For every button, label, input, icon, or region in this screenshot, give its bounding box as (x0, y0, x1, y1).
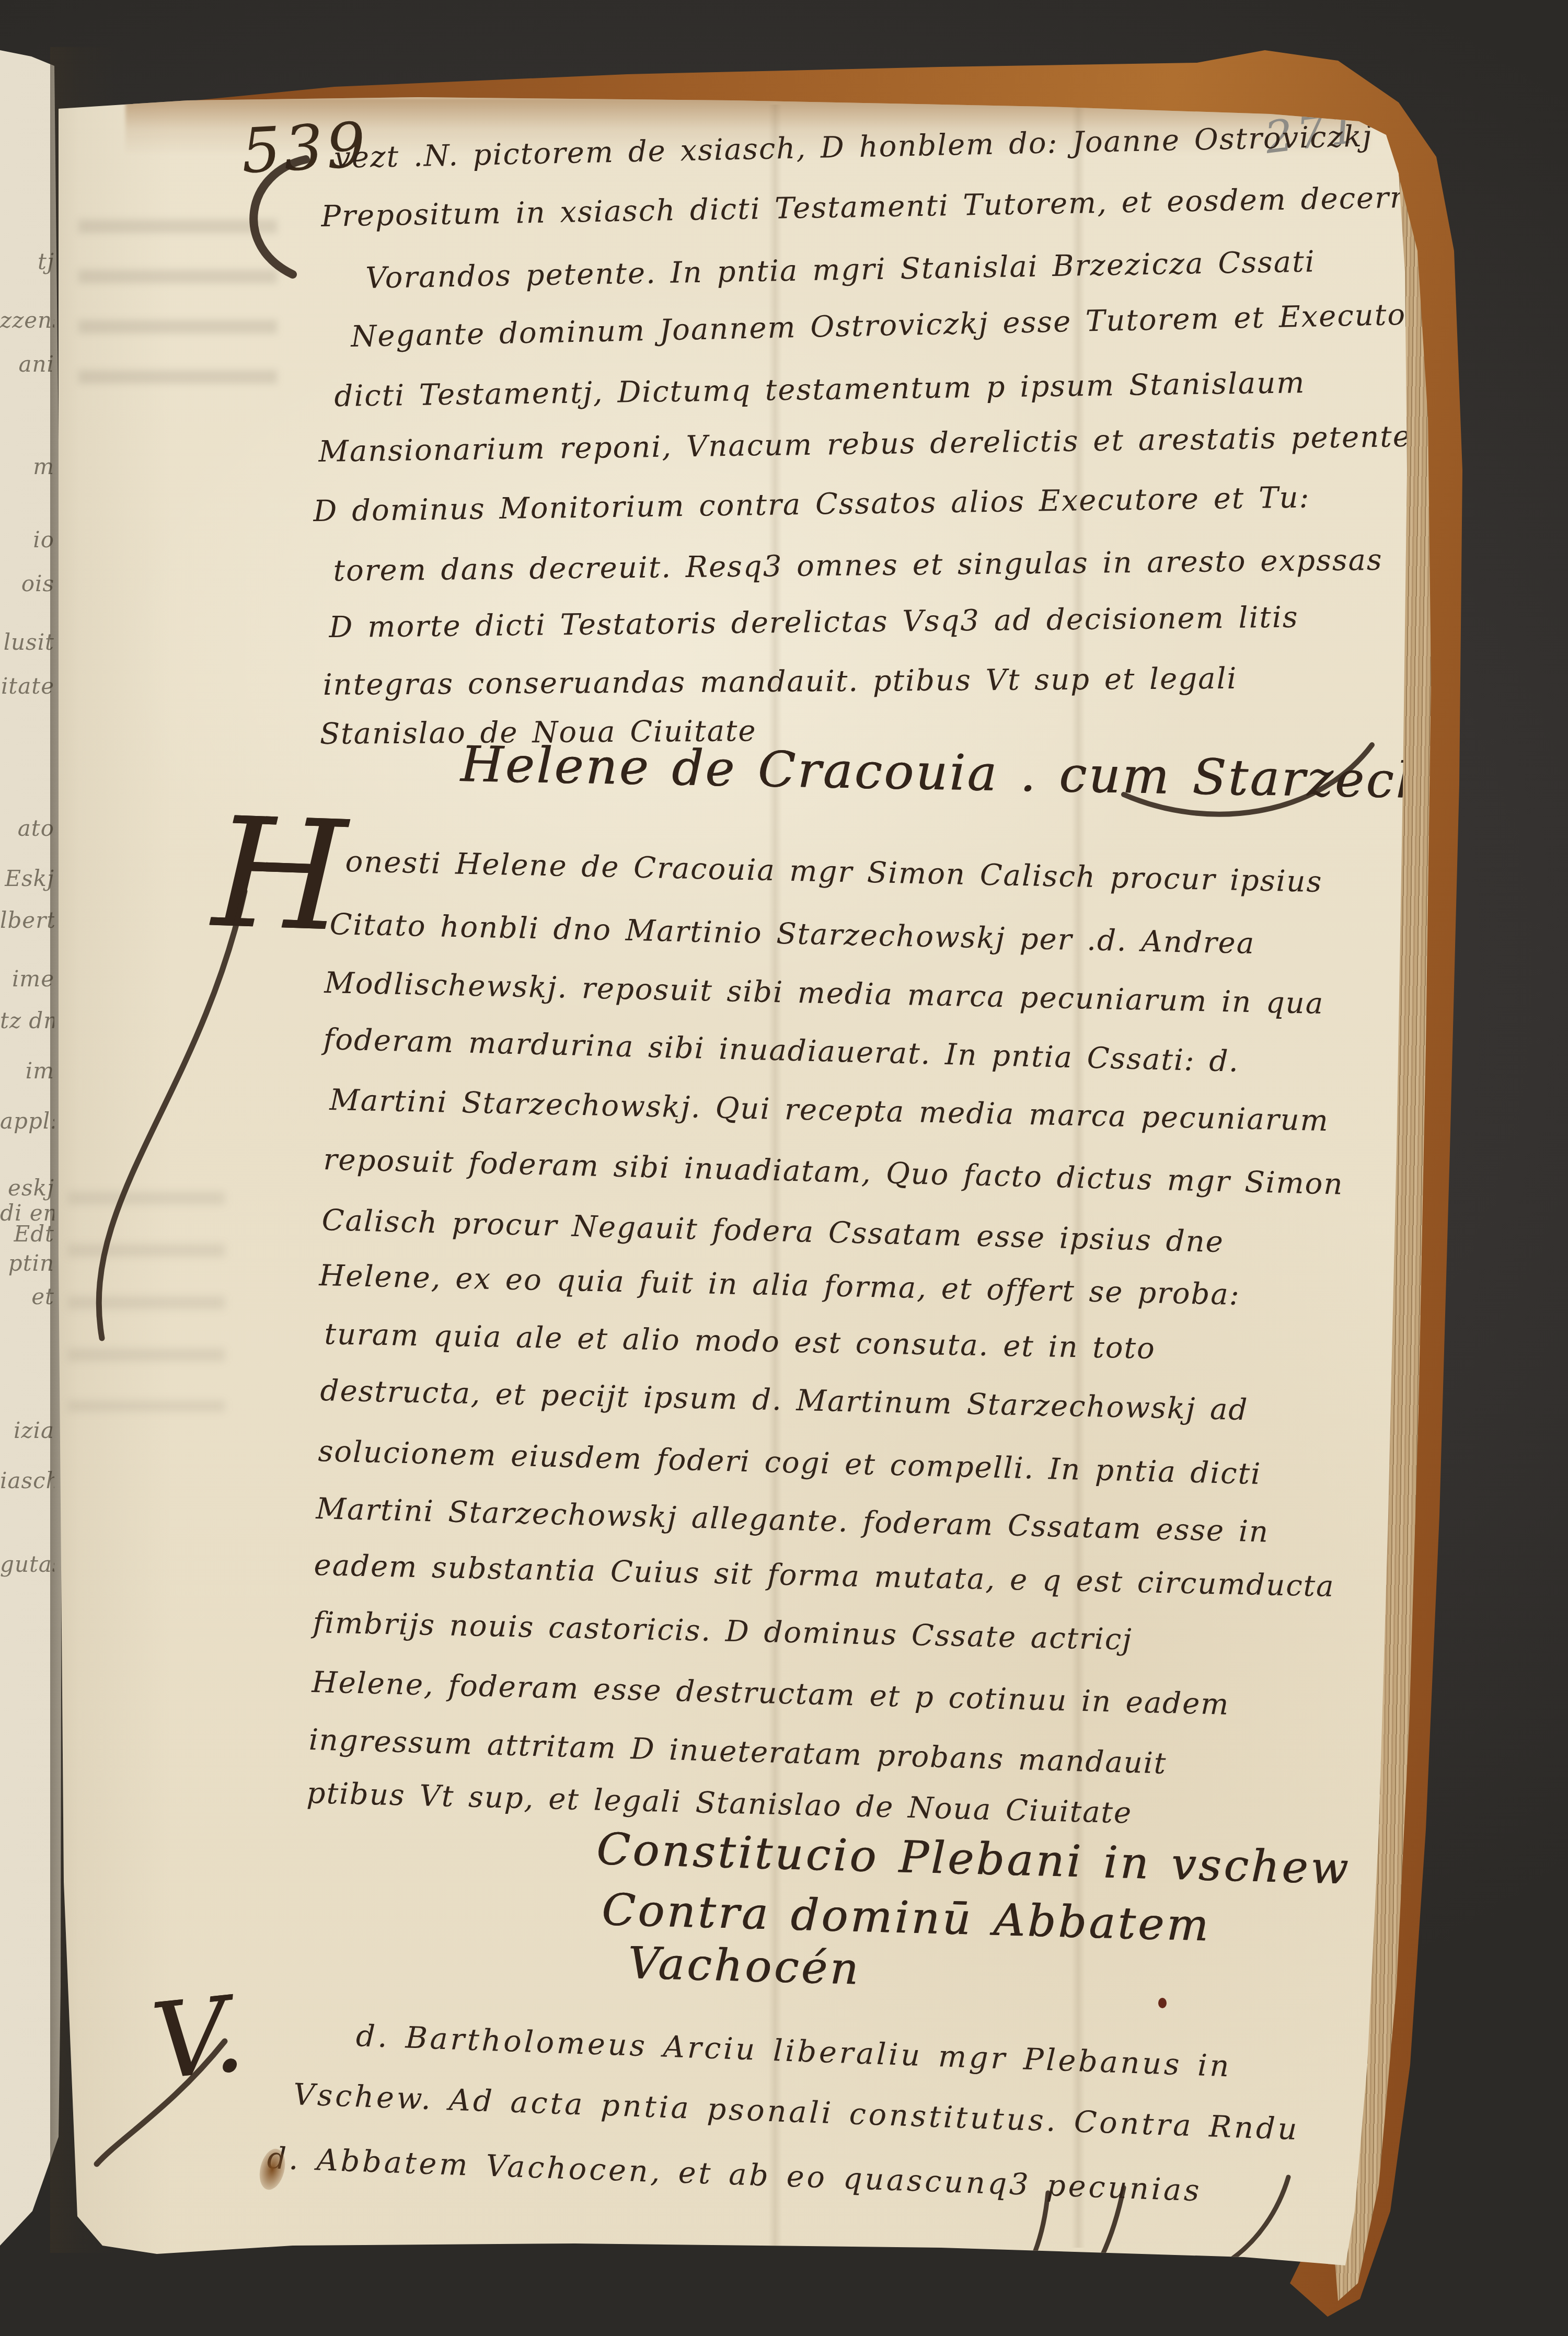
initial-v-swash (97, 2041, 225, 2164)
facing-text-fragment: lbertu (0, 907, 54, 933)
manuscript-page: 539 271 vezt .N. pictorem de xsiasch, D … (0, 0, 1568, 2336)
facing-text-fragment: gutas (0, 1551, 54, 1577)
entry1-opening-flourish (253, 159, 306, 274)
facing-text-fragment: tz dm (0, 1008, 54, 1033)
initial-h-swash (99, 891, 245, 1338)
facing-text-fragment: lusit (0, 629, 54, 655)
facing-text-fragment: ime (0, 966, 54, 992)
heading1-tail-flourish (1124, 745, 1372, 814)
facing-text-fragment: ptin (0, 1250, 54, 1276)
facing-text-fragment: iasch (0, 1468, 54, 1493)
facing-text-fragment: et (0, 1284, 54, 1309)
facing-text-fragment: ani (0, 351, 54, 377)
facing-text-fragment: m (0, 454, 54, 479)
facing-text-fragment: io (0, 527, 54, 553)
facing-text-fragment: ois (0, 571, 54, 596)
facing-text-fragment: Eskj (0, 866, 54, 891)
facing-text-fragment: im (0, 1058, 54, 1084)
facing-text-fragment: zzenstj: (0, 307, 54, 333)
facing-text-fragment: tj (0, 249, 54, 274)
facing-text-fragment: appl: (0, 1108, 54, 1134)
facing-text-fragment: eskj (0, 1175, 54, 1201)
ink-spot (1158, 1998, 1167, 2008)
flourish-strokes (0, 0, 1568, 2336)
facing-text-fragment: Edt (0, 1221, 54, 1247)
facing-text-fragment: ato (0, 815, 54, 841)
manuscript-scan: tj zzenstj: ani m io ois lusit itate ato… (0, 0, 1568, 2336)
facing-text-fragment: izia (0, 1418, 54, 1443)
facing-text-fragment: itate (0, 673, 54, 699)
